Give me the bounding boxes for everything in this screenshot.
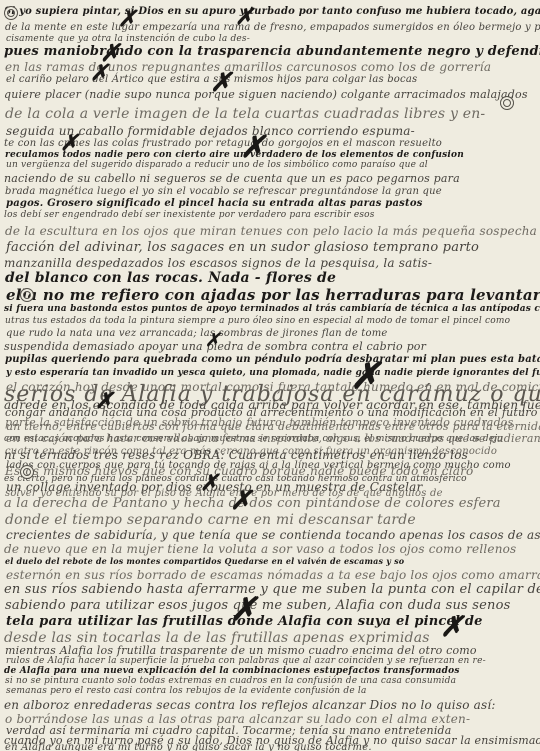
handwritten-line: si no se pintura cuanto solo todas extre… (5, 676, 456, 686)
handwritten-line: que rudo la nata una vez arrancada; las … (6, 328, 388, 339)
handwritten-line: a la derecha de Pantano y hecha de dos c… (4, 496, 501, 511)
handwritten-line: sabiendo para utilizar esos jugos que me… (5, 598, 511, 613)
handwritten-line: crecientes de sabiduría, y que tenía que… (6, 528, 540, 542)
handwritten-line: pues maniobrando con la trasparencia abu… (4, 44, 540, 59)
cross-mark-icon: ✗ (350, 355, 380, 397)
handwritten-line: los debí ser engendrado debí ser inexist… (4, 210, 375, 220)
handwritten-line: de la mente en este lugar empezaría una … (5, 22, 540, 33)
handwritten-line: semanas pero el resto casi contra los re… (6, 686, 367, 696)
handwritten-line: Si yo supiera pintar, si Dios en su apur… (4, 6, 540, 17)
cross-mark-icon: ✗ (440, 610, 463, 643)
handwritten-line: pagos. Grosero significado el pincel hac… (6, 198, 423, 209)
handwritten-line: de Alafia para una nueva explicación del… (4, 666, 460, 676)
spiral-icon (20, 288, 34, 302)
handwritten-line: facción del adivinar, los sagaces en un … (6, 240, 479, 255)
handwritten-line: un vergüenza del sugerido disparado a re… (6, 160, 428, 170)
spiral-icon (4, 6, 18, 20)
handwritten-line: del blanco con las rocas. Nada - flores … (5, 270, 336, 286)
cross-mark-icon: ✗ (230, 486, 252, 516)
spiral-icon (500, 96, 514, 110)
handwritten-line: naciendo de su cabello ni segueros se de… (4, 172, 460, 185)
handwritten-line: de la cola a verle imagen de la tela cua… (5, 106, 485, 122)
handwritten-line: ni si ternados tres reses rez OBRA: Cuar… (4, 448, 468, 462)
handwritten-line: y esto esperaría tan invadido un yesca q… (6, 368, 540, 378)
handwritten-line: cisamente que ya otra la instención de c… (6, 34, 250, 44)
handwritten-line: en las ramas de unos repugnantes amarill… (5, 60, 491, 74)
handwritten-line: manzanilla despedazados los escasos sign… (4, 256, 432, 270)
cross-mark-icon: ✗ (205, 330, 220, 351)
handwritten-line: donde el tiempo separando carne en mi de… (5, 512, 416, 528)
handwritten-line: el duelo del rebote de los montes compar… (5, 556, 404, 566)
handwritten-line: quiere placer (nadie supo nunca porque s… (4, 88, 528, 101)
handwritten-line: pupilas queriendo para quebrada como un … (5, 354, 540, 365)
handwritten-line: el corazón hoy desde uno a mortal como s… (6, 380, 540, 394)
handwritten-line: en alboroz enredaderas secas contra los … (4, 698, 496, 712)
cross-mark-icon: ✗ (118, 6, 136, 32)
handwritten-page: Si yo supiera pintar, si Dios en su apur… (0, 0, 540, 751)
handwritten-line: en sus ríos sabiendo hasta aferrarme y q… (4, 582, 540, 597)
handwritten-line: en Alafia aunque era mi turno y no quiso… (5, 742, 372, 751)
spiral-icon (20, 465, 34, 479)
cross-mark-icon: ✗ (210, 68, 232, 98)
handwritten-line: si fuera una bastonda estos puntos de ap… (4, 304, 540, 314)
cross-mark-icon: ✗ (230, 590, 257, 628)
handwritten-line: brada magnética luego el yo sin el vocab… (5, 186, 442, 197)
cross-mark-icon: ✗ (240, 130, 265, 165)
handwritten-line: de la escultura en los ojos que miran te… (5, 224, 540, 238)
handwritten-line: rulos de Alafia hacer la superficie la p… (6, 656, 486, 666)
handwritten-line: adrede en los escondido de toda caída ar… (4, 398, 540, 412)
cross-mark-icon: ✗ (90, 60, 108, 86)
cross-mark-icon: ✗ (60, 130, 78, 156)
cross-mark-icon: ✗ (95, 388, 113, 414)
handwritten-line: en mi cajón para hacer con ellos una for… (6, 432, 540, 445)
cross-mark-icon: ✗ (200, 470, 218, 496)
cross-mark-icon: ✗ (235, 4, 253, 30)
handwritten-line: parte la satisfacción de un sobrio traba… (5, 416, 513, 429)
handwritten-line: utras tus estados da toda la pintura sie… (5, 316, 510, 326)
handwritten-line: ella no me refiero con ajadas por las he… (6, 286, 540, 304)
handwritten-line: Estos mismos huevos que con su cuadro po… (5, 464, 473, 478)
handwritten-line: esternón en sus ríos borrado de escamas … (6, 568, 540, 582)
handwritten-line: de nuevo que en la mujer tiene la voluta… (4, 542, 516, 556)
